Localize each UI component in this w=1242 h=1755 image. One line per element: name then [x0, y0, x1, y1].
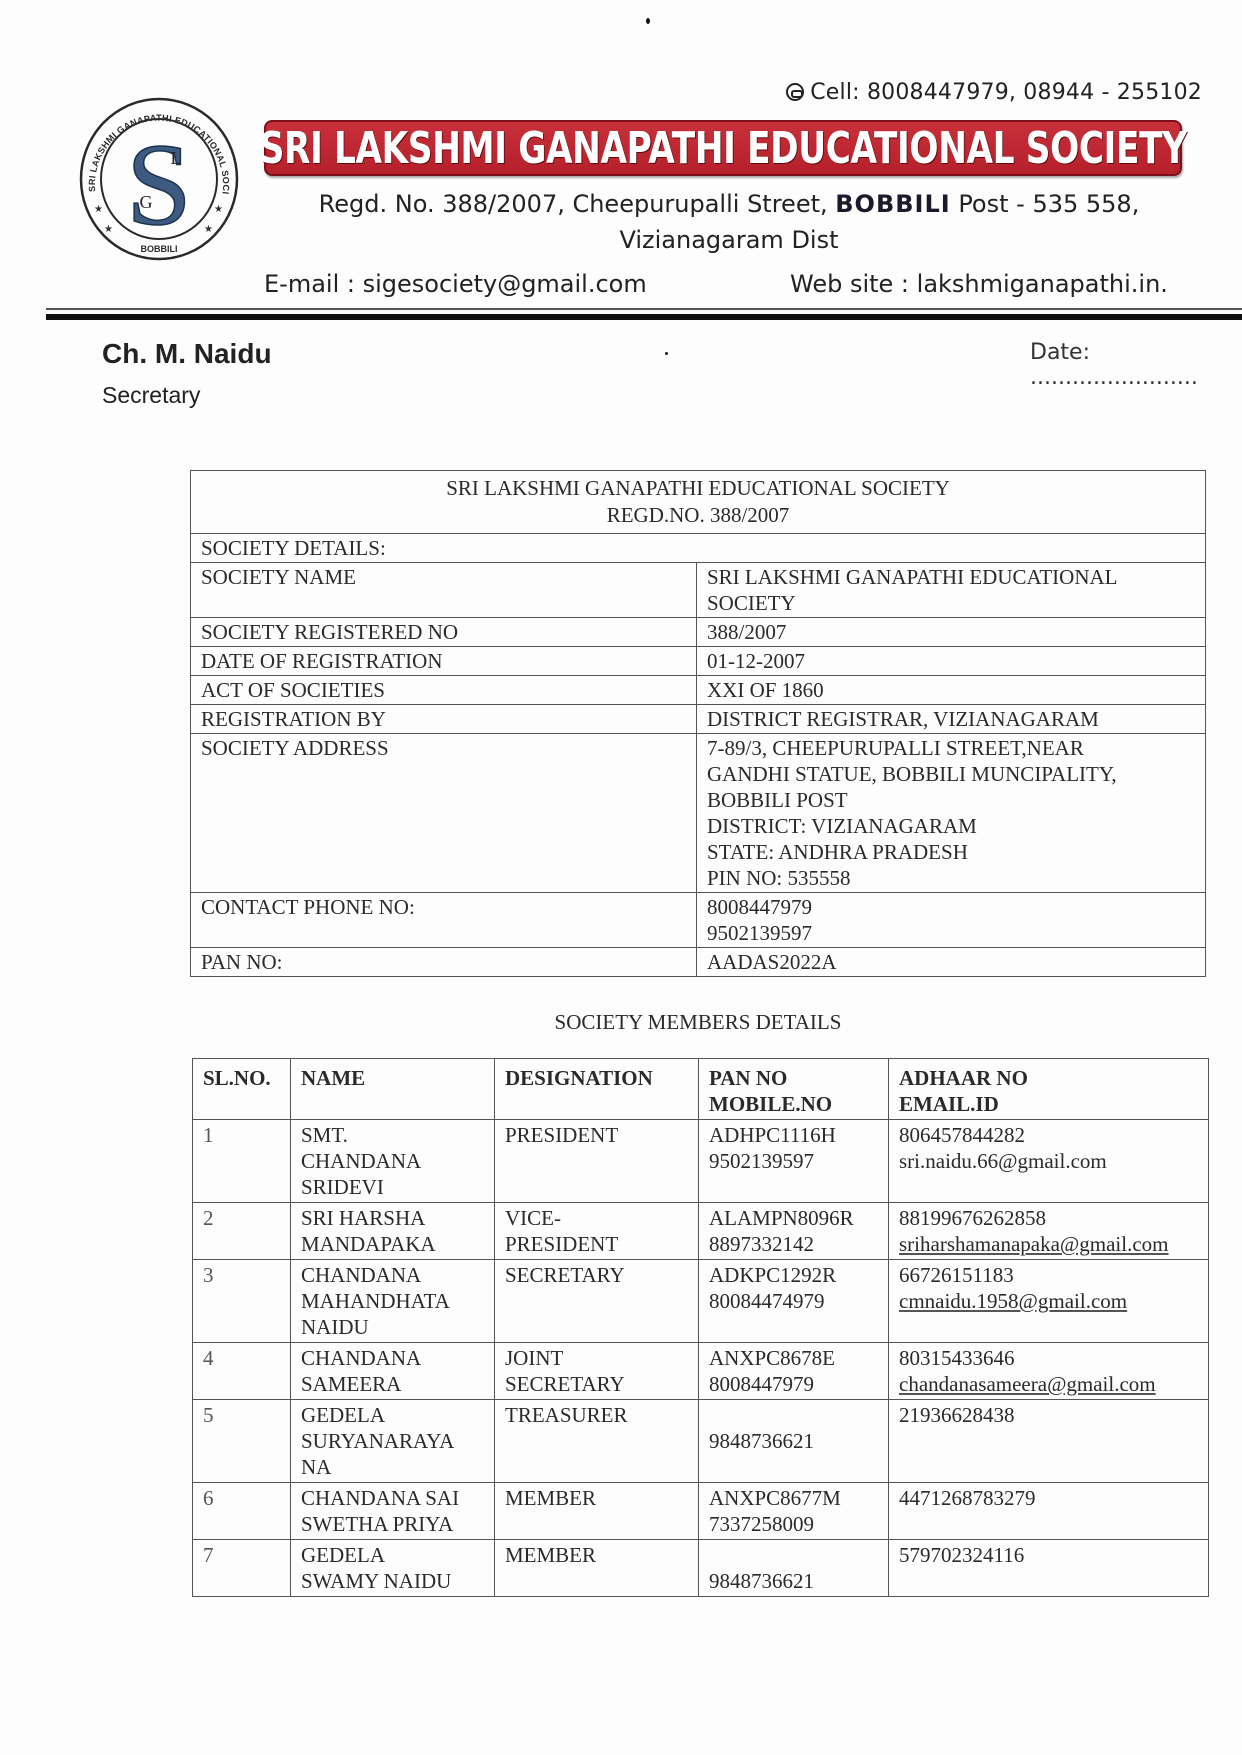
details-row: SOCIETY NAMESRI LAKSHMI GANAPATHI EDUCAT… [191, 563, 1206, 618]
member-name: CHANDANA MAHANDHATA NAIDU [291, 1260, 495, 1343]
member-email: cmnaidu.1958@gmail.com [899, 1288, 1198, 1314]
member-row: 5GEDELA SURYANARAYA NATREASURER 98487366… [193, 1400, 1209, 1483]
member-slno: 7 [193, 1540, 291, 1597]
member-aadhaar: 4471268783279 [899, 1485, 1198, 1511]
details-label: SOCIETY REGISTERED NO [191, 618, 697, 647]
members-section-title: SOCIETY MEMBERS DETAILS [190, 1010, 1206, 1035]
member-mobile: 7337258009 [709, 1511, 878, 1537]
member-slno: 4 [193, 1343, 291, 1400]
details-label: CONTACT PHONE NO: [191, 893, 697, 948]
member-row: 2SRI HARSHA MANDAPAKAVICE- PRESIDENTALAM… [193, 1203, 1209, 1260]
address-town: BOBBILI [835, 190, 950, 218]
col-header-slno: SL.NO. [193, 1059, 291, 1120]
details-label: ACT OF SOCIETIES [191, 676, 697, 705]
member-pan-mobile: 9848736621 [699, 1400, 889, 1483]
member-name: CHANDANA SAMEERA [291, 1343, 495, 1400]
svg-text:★: ★ [104, 224, 113, 235]
member-row: 1SMT. CHANDANA SRIDEVIPRESIDENTADHPC1116… [193, 1120, 1209, 1203]
details-header-regd: REGD.NO. 388/2007 [201, 502, 1195, 529]
svg-text:S: S [126, 119, 192, 250]
details-table-header: SRI LAKSHMI GANAPATHI EDUCATIONAL SOCIET… [191, 471, 1206, 534]
member-aadhaar: 88199676262858 [899, 1205, 1198, 1231]
address-line-2: Vizianagaram Dist [284, 226, 1174, 254]
details-label: DATE OF REGISTRATION [191, 647, 697, 676]
details-label: PAN NO: [191, 948, 697, 977]
member-slno: 2 [193, 1203, 291, 1260]
details-row: PAN NO:AADAS2022A [191, 948, 1206, 977]
member-mobile: 80084474979 [709, 1288, 878, 1314]
member-slno: 6 [193, 1483, 291, 1540]
member-designation: MEMBER [495, 1540, 699, 1597]
svg-text:★: ★ [94, 204, 103, 215]
member-row: 3CHANDANA MAHANDHATA NAIDUSECRETARYADKPC… [193, 1260, 1209, 1343]
col-header-aadhaar-email: ADHAAR NO EMAIL.ID [889, 1059, 1209, 1120]
details-value: DISTRICT REGISTRAR, VIZIANAGARAM [697, 705, 1206, 734]
member-mobile: 9848736621 [709, 1568, 878, 1594]
col-header-name: NAME [291, 1059, 495, 1120]
header-divider-thin [46, 308, 1242, 310]
member-row: 7GEDELA SWAMY NAIDUMEMBER 98487366215797… [193, 1540, 1209, 1597]
member-pan: ANXPC8678E [709, 1345, 878, 1371]
cell-contact: Cell: 8008447979, 08944 - 255102 [786, 80, 1202, 105]
org-name: SRI LAKSHMI GANAPATHI EDUCATIONAL SOCIET… [260, 123, 1187, 174]
member-designation: JOINT SECRETARY [495, 1343, 699, 1400]
member-name: SRI HARSHA MANDAPAKA [291, 1203, 495, 1260]
member-aadhaar-email: 806457844282sri.naidu.66@gmail.com [889, 1120, 1209, 1203]
member-aadhaar-email: 21936628438 [889, 1400, 1209, 1483]
member-email: chandanasameera@gmail.com [899, 1371, 1198, 1397]
member-designation: PRESIDENT [495, 1120, 699, 1203]
details-row: CONTACT PHONE NO:8008447979 9502139597 [191, 893, 1206, 948]
details-header-title: SRI LAKSHMI GANAPATHI EDUCATIONAL SOCIET… [201, 475, 1195, 502]
member-slno: 1 [193, 1120, 291, 1203]
member-pan-mobile: ADKPC1292R80084474979 [699, 1260, 889, 1343]
svg-text:L: L [171, 148, 182, 168]
member-email: sriharshamanapaka@gmail.com [899, 1231, 1198, 1257]
address-prefix: Regd. No. 388/2007, Cheepurupalli Street… [319, 190, 836, 218]
address-line-1: Regd. No. 388/2007, Cheepurupalli Street… [284, 190, 1174, 218]
details-label: SOCIETY NAME [191, 563, 697, 618]
org-name-banner: SRI LAKSHMI GANAPATHI EDUCATIONAL SOCIET… [264, 120, 1182, 176]
member-pan-mobile: ALAMPN8096R8897332142 [699, 1203, 889, 1260]
date-field: Date: ........................ [1030, 340, 1242, 390]
details-value: XXI OF 1860 [697, 676, 1206, 705]
member-slno: 5 [193, 1400, 291, 1483]
website-address: Web site : lakshmiganapathi.in. [790, 270, 1168, 298]
member-row: 6CHANDANA SAI SWETHA PRIYAMEMBERANXPC867… [193, 1483, 1209, 1540]
member-designation: VICE- PRESIDENT [495, 1203, 699, 1260]
col-header-pan-mobile: PAN NO MOBILE.NO [699, 1059, 889, 1120]
member-aadhaar: 66726151183 [899, 1262, 1198, 1288]
details-row: DATE OF REGISTRATION01-12-2007 [191, 647, 1206, 676]
col-header-designation: DESIGNATION [495, 1059, 699, 1120]
details-row: SOCIETY ADDRESS7-89/3, CHEEPURUPALLI STR… [191, 734, 1206, 893]
member-mobile: 9848736621 [709, 1428, 878, 1454]
details-value: 01-12-2007 [697, 647, 1206, 676]
member-aadhaar: 21936628438 [899, 1402, 1198, 1428]
details-label: REGISTRATION BY [191, 705, 697, 734]
member-mobile: 8897332142 [709, 1231, 878, 1257]
details-row: ACT OF SOCIETIESXXI OF 1860 [191, 676, 1206, 705]
member-aadhaar-email: 80315433646chandanasameera@gmail.com [889, 1343, 1209, 1400]
svg-text:G: G [140, 192, 153, 212]
details-section-label: SOCIETY DETAILS: [191, 534, 1206, 563]
cell-numbers: Cell: 8008447979, 08944 - 255102 [810, 80, 1202, 105]
member-aadhaar-email: 4471268783279 [889, 1483, 1209, 1540]
members-table: SL.NO. NAME DESIGNATION PAN NO MOBILE.NO… [192, 1058, 1209, 1597]
member-aadhaar-email: 66726151183cmnaidu.1958@gmail.com [889, 1260, 1209, 1343]
scan-speck [646, 18, 650, 24]
details-value: 8008447979 9502139597 [697, 893, 1206, 948]
details-value: AADAS2022A [697, 948, 1206, 977]
member-name: CHANDANA SAI SWETHA PRIYA [291, 1483, 495, 1540]
member-designation: SECRETARY [495, 1260, 699, 1343]
member-email: sri.naidu.66@gmail.com [899, 1148, 1198, 1174]
scan-speck [665, 352, 668, 355]
member-pan-mobile: ANXPC8678E8008447979 [699, 1343, 889, 1400]
member-pan-mobile: 9848736621 [699, 1540, 889, 1597]
member-pan: ANXPC8677M [709, 1485, 878, 1511]
member-mobile: 8008447979 [709, 1371, 878, 1397]
member-name: GEDELA SWAMY NAIDU [291, 1540, 495, 1597]
member-name: SMT. CHANDANA SRIDEVI [291, 1120, 495, 1203]
society-logo-icon: SRI LAKSHMI GANAPATHI EDUCATIONAL SOCIET… [76, 96, 242, 262]
signatory-title: Secretary [102, 382, 200, 409]
svg-text:★: ★ [204, 224, 213, 235]
member-designation: TREASURER [495, 1400, 699, 1483]
member-designation: MEMBER [495, 1483, 699, 1540]
member-pan: ALAMPN8096R [709, 1205, 878, 1231]
member-name: GEDELA SURYANARAYA NA [291, 1400, 495, 1483]
member-slno: 3 [193, 1260, 291, 1343]
email-address: E-mail : sigesociety@gmail.com [264, 270, 647, 298]
member-mobile: 9502139597 [709, 1148, 878, 1174]
member-aadhaar: 806457844282 [899, 1122, 1198, 1148]
member-row: 4CHANDANA SAMEERAJOINT SECRETARYANXPC867… [193, 1343, 1209, 1400]
phone-icon [786, 83, 804, 101]
members-header-row: SL.NO. NAME DESIGNATION PAN NO MOBILE.NO… [193, 1059, 1209, 1120]
member-pan: ADKPC1292R [709, 1262, 878, 1288]
header-divider-thick [46, 314, 1242, 320]
details-row: REGISTRATION BYDISTRICT REGISTRAR, VIZIA… [191, 705, 1206, 734]
details-value: SRI LAKSHMI GANAPATHI EDUCATIONAL SOCIET… [697, 563, 1206, 618]
signatory-name: Ch. M. Naidu [102, 338, 272, 370]
details-label: SOCIETY ADDRESS [191, 734, 697, 893]
member-pan-mobile: ADHPC1116H9502139597 [699, 1120, 889, 1203]
member-aadhaar: 579702324116 [899, 1542, 1198, 1568]
details-value: 388/2007 [697, 618, 1206, 647]
member-aadhaar: 80315433646 [899, 1345, 1198, 1371]
member-pan: ADHPC1116H [709, 1122, 878, 1148]
svg-text:★: ★ [214, 204, 223, 215]
details-value: 7-89/3, CHEEPURUPALLI STREET,NEAR GANDHI… [697, 734, 1206, 893]
address-suffix: Post - 535 558, [951, 190, 1140, 218]
member-aadhaar-email: 88199676262858sriharshamanapaka@gmail.co… [889, 1203, 1209, 1260]
member-pan-mobile: ANXPC8677M7337258009 [699, 1483, 889, 1540]
details-row: SOCIETY REGISTERED NO388/2007 [191, 618, 1206, 647]
society-details-table: SRI LAKSHMI GANAPATHI EDUCATIONAL SOCIET… [190, 470, 1206, 977]
member-aadhaar-email: 579702324116 [889, 1540, 1209, 1597]
